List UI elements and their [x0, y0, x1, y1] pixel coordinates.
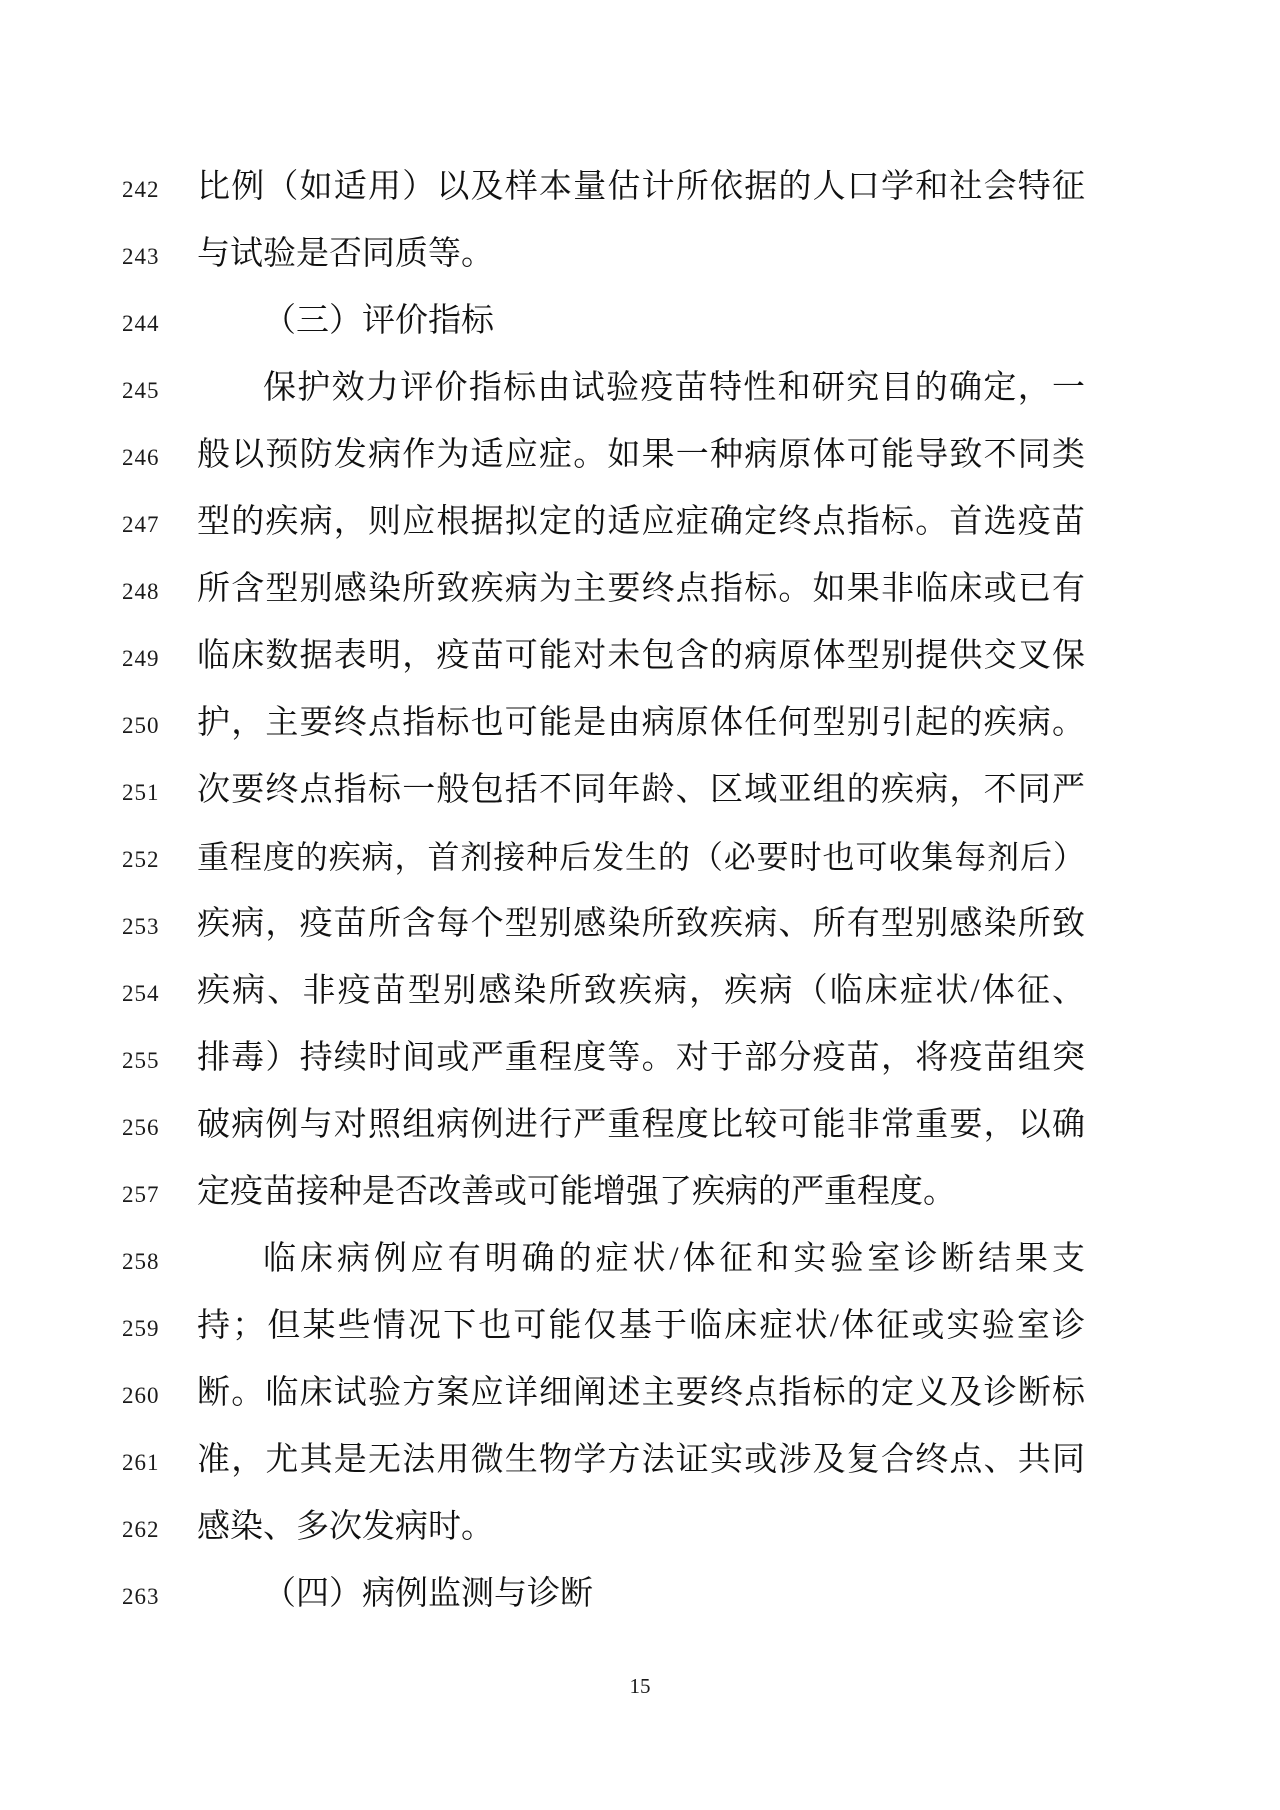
line-number: 257 — [122, 1161, 174, 1228]
line-number: 248 — [122, 558, 174, 625]
section-heading: （四）病例监测与诊断 — [197, 1561, 1085, 1628]
line-text: 排毒）持续时间或严重程度等。对于部分疫苗，将疫苗组突 — [197, 1025, 1085, 1092]
line-text: 与试验是否同质等。 — [197, 221, 1085, 288]
line-number: 256 — [122, 1094, 174, 1161]
document-heading-line: 263 （四）病例监测与诊断 — [0, 1561, 1280, 1628]
line-number: 243 — [122, 223, 174, 290]
line-text: 所含型别感染所致疾病为主要终点指标。如果非临床或已有 — [197, 556, 1085, 623]
line-number: 254 — [122, 960, 174, 1027]
line-text: 重程度的疾病，首剂接种后发生的（必要时也可收集每剂后） — [197, 824, 1085, 891]
line-number: 260 — [122, 1362, 174, 1429]
document-line: 251 次要终点指标一般包括不同年龄、区域亚组的疾病，不同严 — [0, 757, 1280, 824]
line-number: 242 — [122, 156, 174, 223]
line-number: 261 — [122, 1429, 174, 1496]
document-line: 258 临床病例应有明确的症状/体征和实验室诊断结果支 — [0, 1226, 1280, 1293]
document-heading-line: 244 （三）评价指标 — [0, 288, 1280, 355]
line-number: 245 — [122, 357, 174, 424]
line-text: 型的疾病，则应根据拟定的适应症确定终点指标。首选疫苗 — [197, 489, 1085, 556]
line-text: 持；但某些情况下也可能仅基于临床症状/体征或实验室诊 — [197, 1293, 1085, 1360]
document-line: 250 护，主要终点指标也可能是由病原体任何型别引起的疾病。 — [0, 690, 1280, 757]
line-number: 253 — [122, 893, 174, 960]
line-number: 263 — [122, 1563, 174, 1630]
line-number: 249 — [122, 625, 174, 692]
line-number: 252 — [122, 826, 174, 893]
document-line: 254 疾病、非疫苗型别感染所致疾病，疾病（临床症状/体征、 — [0, 958, 1280, 1025]
line-text: 保护效力评价指标由试验疫苗特性和研究目的确定，一 — [197, 355, 1085, 422]
document-line: 260 断。临床试验方案应详细阐述主要终点指标的定义及诊断标 — [0, 1360, 1280, 1427]
document-line: 253 疾病，疫苗所含每个型别感染所致疾病、所有型别感染所致 — [0, 891, 1280, 958]
section-heading: （三）评价指标 — [197, 288, 1085, 355]
line-number: 250 — [122, 692, 174, 759]
document-line: 261 准，尤其是无法用微生物学方法证实或涉及复合终点、共同 — [0, 1427, 1280, 1494]
line-number: 255 — [122, 1027, 174, 1094]
line-number: 244 — [122, 290, 174, 357]
document-line: 242 比例（如适用）以及样本量估计所依据的人口学和社会特征 — [0, 154, 1280, 221]
line-text: 次要终点指标一般包括不同年龄、区域亚组的疾病，不同严 — [197, 757, 1085, 824]
document-line: 243 与试验是否同质等。 — [0, 221, 1280, 288]
document-body: 242 比例（如适用）以及样本量估计所依据的人口学和社会特征 243 与试验是否… — [0, 154, 1280, 1628]
line-number: 247 — [122, 491, 174, 558]
document-line: 246 般以预防发病作为适应症。如果一种病原体可能导致不同类 — [0, 422, 1280, 489]
line-text: 准，尤其是无法用微生物学方法证实或涉及复合终点、共同 — [197, 1427, 1085, 1494]
line-number: 246 — [122, 424, 174, 491]
line-number: 251 — [122, 759, 174, 826]
line-number: 262 — [122, 1496, 174, 1563]
line-text: 临床病例应有明确的症状/体征和实验室诊断结果支 — [197, 1226, 1085, 1293]
line-text: 破病例与对照组病例进行严重程度比较可能非常重要，以确 — [197, 1092, 1085, 1159]
document-line: 262 感染、多次发病时。 — [0, 1494, 1280, 1561]
document-line: 256 破病例与对照组病例进行严重程度比较可能非常重要，以确 — [0, 1092, 1280, 1159]
document-line: 249 临床数据表明，疫苗可能对未包含的病原体型别提供交叉保 — [0, 623, 1280, 690]
line-number: 258 — [122, 1228, 174, 1295]
document-line: 252 重程度的疾病，首剂接种后发生的（必要时也可收集每剂后） — [0, 824, 1280, 891]
line-text: 般以预防发病作为适应症。如果一种病原体可能导致不同类 — [197, 422, 1085, 489]
line-text: 疾病，疫苗所含每个型别感染所致疾病、所有型别感染所致 — [197, 891, 1085, 958]
line-number: 259 — [122, 1295, 174, 1362]
document-line: 248 所含型别感染所致疾病为主要终点指标。如果非临床或已有 — [0, 556, 1280, 623]
page-number: 15 — [0, 1672, 1280, 1700]
document-line: 259 持；但某些情况下也可能仅基于临床症状/体征或实验室诊 — [0, 1293, 1280, 1360]
line-text: 护，主要终点指标也可能是由病原体任何型别引起的疾病。 — [197, 690, 1085, 757]
document-line: 247 型的疾病，则应根据拟定的适应症确定终点指标。首选疫苗 — [0, 489, 1280, 556]
line-text: 感染、多次发病时。 — [197, 1494, 1085, 1561]
document-line: 255 排毒）持续时间或严重程度等。对于部分疫苗，将疫苗组突 — [0, 1025, 1280, 1092]
document-page: 242 比例（如适用）以及样本量估计所依据的人口学和社会特征 243 与试验是否… — [0, 0, 1280, 1810]
line-text: 临床数据表明，疫苗可能对未包含的病原体型别提供交叉保 — [197, 623, 1085, 690]
document-line: 245 保护效力评价指标由试验疫苗特性和研究目的确定，一 — [0, 355, 1280, 422]
line-text: 疾病、非疫苗型别感染所致疾病，疾病（临床症状/体征、 — [197, 958, 1085, 1025]
line-text: 定疫苗接种是否改善或可能增强了疾病的严重程度。 — [197, 1159, 1085, 1226]
line-text: 断。临床试验方案应详细阐述主要终点指标的定义及诊断标 — [197, 1360, 1085, 1427]
document-line: 257 定疫苗接种是否改善或可能增强了疾病的严重程度。 — [0, 1159, 1280, 1226]
line-text: 比例（如适用）以及样本量估计所依据的人口学和社会特征 — [197, 154, 1085, 221]
